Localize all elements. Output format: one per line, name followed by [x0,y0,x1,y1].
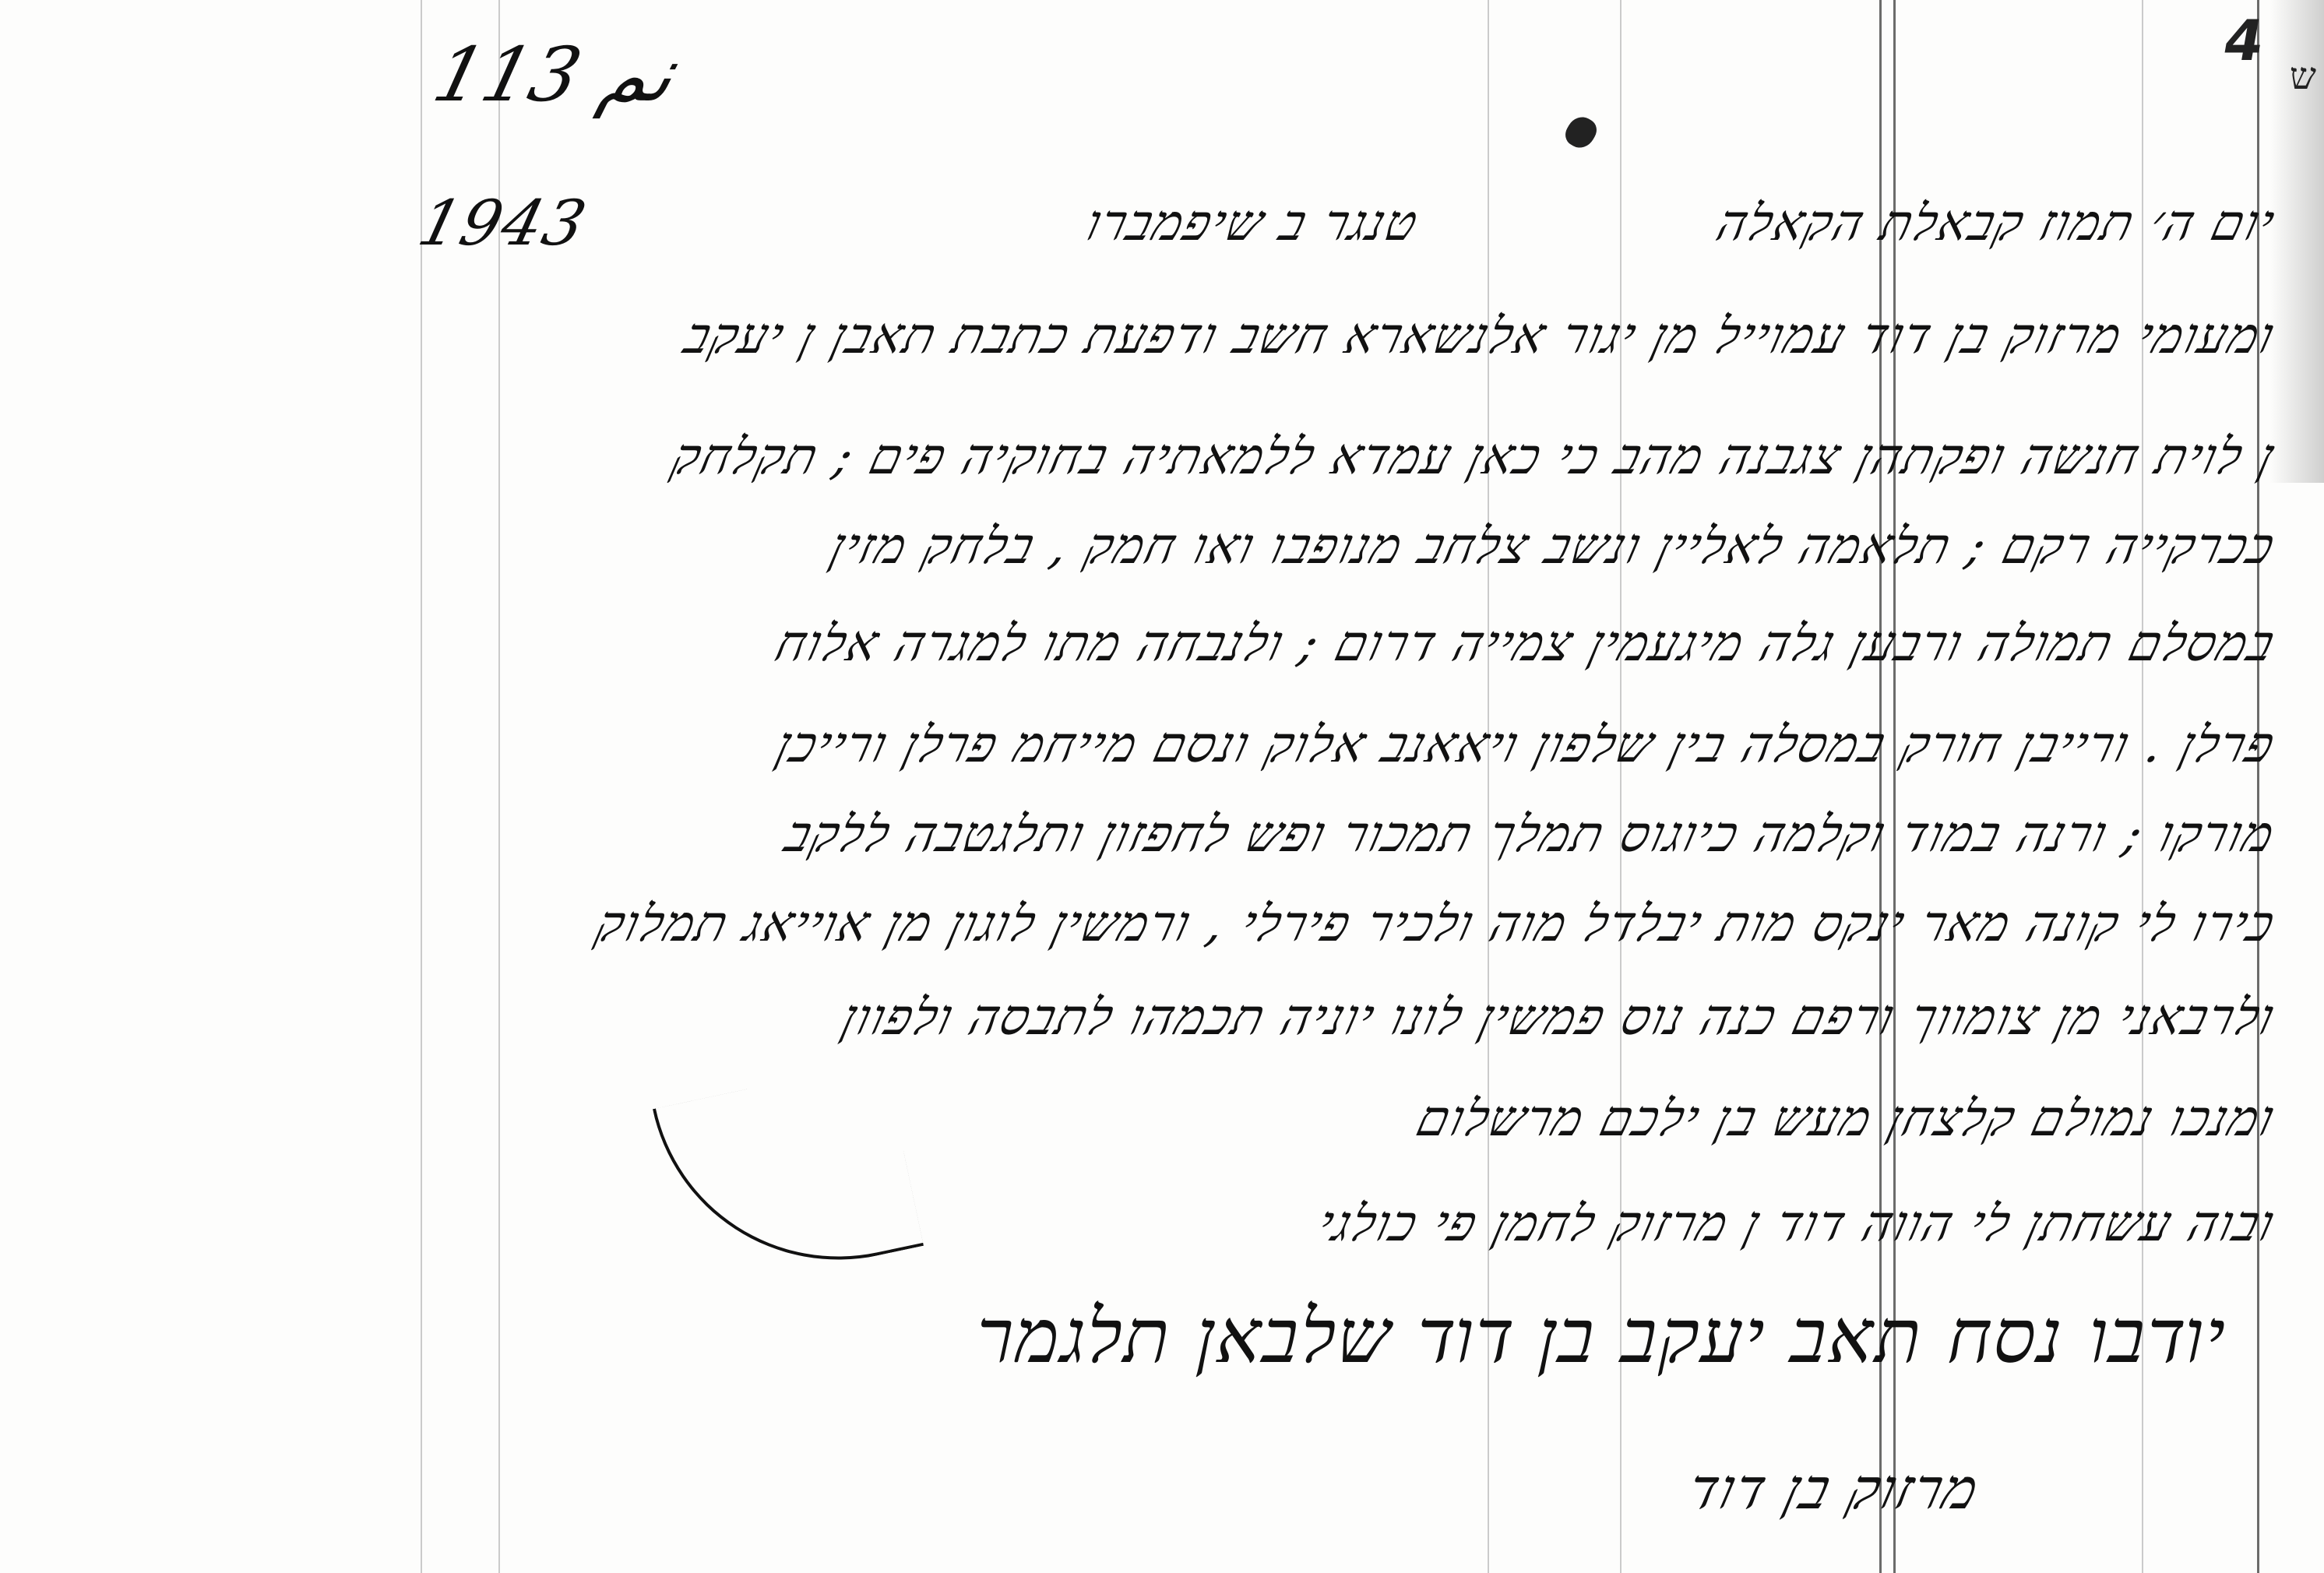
year-bracket: 1943 [411,187,594,259]
body-line: ובוה עשחתן לי הווה דוד ן מרזוק לחמן פי כ… [850,1195,2281,1253]
body-line: במסלם תמולה ורבען גלה מיגעמין צמייה דרום… [86,615,2281,673]
header-annotation: نم 113 [425,31,684,118]
body-line: ומעומי מרזוק בן דוד עמוייל מן יגור אלנשא… [86,308,2281,365]
corner-mark: ש [2290,55,2316,98]
body-line: ן לוית חנשה ופקתהן צגבנה מהב כי כאן עמדא… [86,428,2281,486]
opening-line: יום ה׳ תמוז קבאלת הקאלה [1442,195,2281,252]
place-date-line: טנגר ב שיפמברו [632,195,1424,252]
ink-blot [1561,112,1600,153]
document-page: 4 ש نم 113 1943 טנגר ב שיפמברו יום ה׳ תמ… [0,0,2324,1573]
witness-signature-line: יודבו נסח תאב יעקב בן דוד שלבאן תלגמר [224,1293,2237,1380]
signer-name: מרזוק בן דוד [1533,1456,1986,1522]
body-line: כירו לי קונה מאר ינקס מות יבלדל מוה ולכי… [86,896,2281,953]
body-line: מורקו ; ורנה במוד וקלמה כיוגוס תמלך תמכו… [86,806,2281,864]
body-line: ככרקייה רקם ; תלאמה לאליין ונשב צלחב מנו… [86,518,2281,575]
body-line: ולרבאני מן צומווך ורפם כנה נוס פמשין לונ… [86,989,2281,1047]
page-number: 4 [2219,8,2269,73]
body-line: פרלן . ורייבן חורק במסלה בין שלפון ויאאנ… [86,716,2281,774]
